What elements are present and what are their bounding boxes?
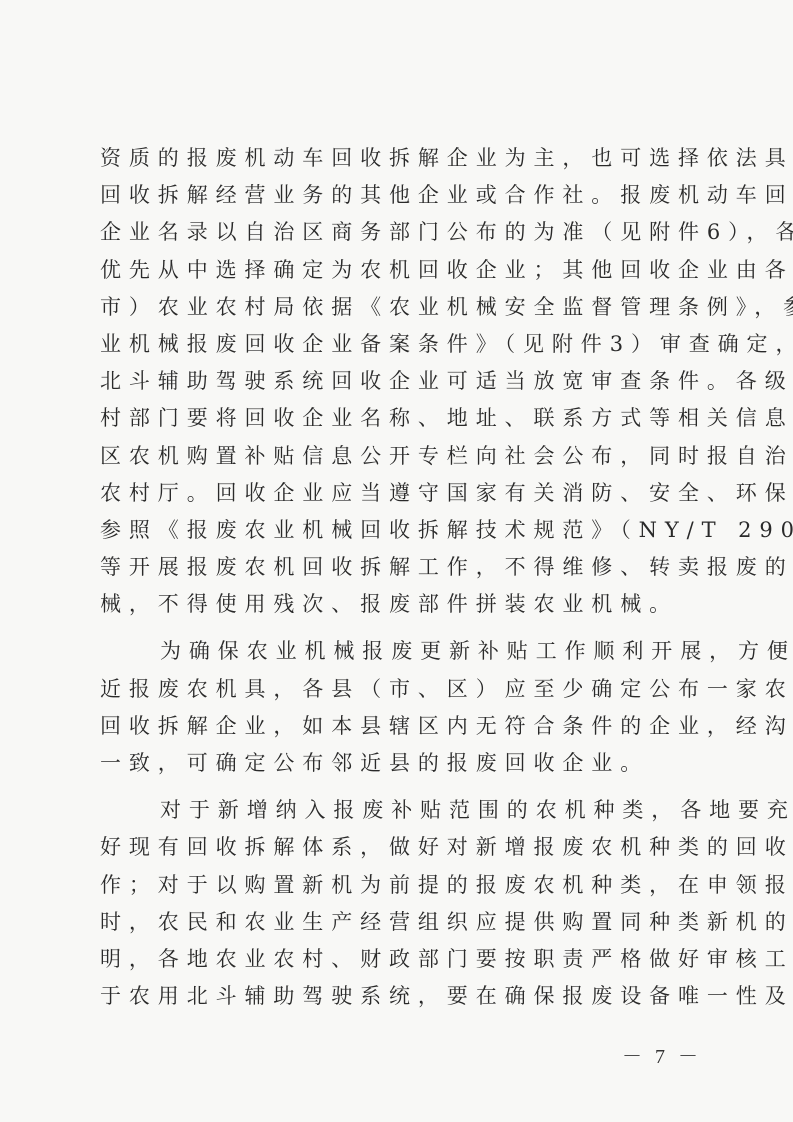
text-line: 一致，可确定公布邻近县的报废回收企业。: [100, 745, 666, 782]
text-line: 区农机购置补贴信息公开专栏向社会公布，同时报自治区农业: [100, 438, 666, 475]
paragraph-gap: [100, 623, 670, 633]
text-line: 近报废农机具，各县（市、区）应至少确定公布一家农机报废: [100, 671, 666, 708]
text-line: 于农用北斗辅助驾驶系统，要在确保报废设备唯一性及数据安: [100, 978, 666, 1015]
text-line: 作；对于以购置新机为前提的报废农机种类，在申领报废补贴: [100, 867, 666, 904]
text-line: 明，各地农业农村、财政部门要按职责严格做好审核工作；对: [100, 941, 666, 978]
text-line: 优先从中选择确定为农机回收企业；其他回收企业由各地（州、: [100, 252, 666, 289]
text-line: 回收拆解企业，如本县辖区内无符合条件的企业，经沟通协调: [100, 708, 666, 745]
text-line: 回收拆解经营业务的其他企业或合作社。报废机动车回收拆解: [100, 177, 666, 214]
text-line: 北斗辅助驾驶系统回收企业可适当放宽审查条件。各级农业农: [100, 363, 666, 400]
body-text: 资质的报废机动车回收拆解企业为主，也可选择依法具有农机 回收拆解经营业务的其他企…: [100, 140, 670, 1015]
text-line: 对于新增纳入报废补贴范围的农机种类，各地要充分利用: [100, 792, 666, 829]
text-line: 械，不得使用残次、报废部件拼装农业机械。: [100, 586, 666, 623]
page-number: － 7 －: [622, 1040, 702, 1069]
text-line: 业机械报废回收企业备案条件》（见附件3）审查确定，农用: [100, 326, 666, 363]
paragraph-gap: [100, 782, 670, 792]
text-line: 村部门要将回收企业名称、地址、联系方式等相关信息在自治: [100, 400, 666, 437]
text-line: 市）农业农村局依据《农业机械安全监督管理条例》，参照《农: [100, 289, 666, 326]
text-line: 企业名录以自治区商务部门公布的为准（见附件6），各地可: [100, 214, 666, 251]
text-line: 参照《报废农业机械回收拆解技术规范》（NY/T 2900-2022）: [100, 512, 666, 549]
text-line: 资质的报废机动车回收拆解企业为主，也可选择依法具有农机: [100, 140, 666, 177]
document-page: 资质的报废机动车回收拆解企业为主，也可选择依法具有农机 回收拆解经营业务的其他企…: [0, 0, 793, 1122]
paragraph-2: 为确保农业机械报废更新补贴工作顺利开展，方便农民就 近报废农机具，各县（市、区）…: [100, 633, 670, 782]
text-line: 农村厅。回收企业应当遵守国家有关消防、安全、环保的规定，: [100, 475, 666, 512]
paragraph-3: 对于新增纳入报废补贴范围的农机种类，各地要充分利用 好现有回收拆解体系，做好对新…: [100, 792, 670, 1015]
text-line: 好现有回收拆解体系，做好对新增报废农机种类的回收拆解工: [100, 829, 666, 866]
paragraph-1: 资质的报废机动车回收拆解企业为主，也可选择依法具有农机 回收拆解经营业务的其他企…: [100, 140, 670, 623]
text-line: 时，农民和农业生产经营组织应提供购置同种类新机的有效证: [100, 904, 666, 941]
text-line: 等开展报废农机回收拆解工作，不得维修、转卖报废的农业机: [100, 549, 666, 586]
text-line: 为确保农业机械报废更新补贴工作顺利开展，方便农民就: [100, 633, 666, 670]
